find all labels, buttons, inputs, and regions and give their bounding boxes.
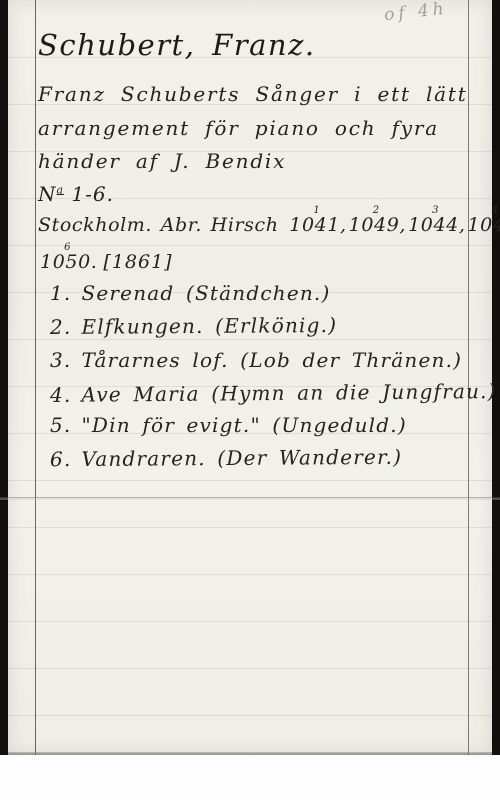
work-list-item: 5."Din för evigt." (Ungeduld.) [50, 413, 407, 437]
title-description-line-1: Franz Schuberts Sånger i ett lätt [38, 82, 468, 106]
work-number: 1. [50, 281, 71, 305]
plate-superscript: 2 [373, 205, 380, 216]
work-number: 3. [50, 348, 71, 372]
publication-year: [1861] [103, 251, 172, 273]
numbering-prefix: N [38, 182, 57, 206]
scan-bottom-whitespace [0, 755, 500, 800]
plate-number: 61050. [40, 251, 97, 273]
work-number: 6. [50, 447, 72, 471]
plate-number: 21049, [349, 214, 406, 236]
work-list-item: 2.Elfkungen. (Erlkönig.) [50, 313, 337, 339]
work-list-item: 1.Serenad (Ständchen.) [50, 281, 331, 305]
plate-superscript: 4 [492, 205, 499, 216]
composer-heading: Schubert, Franz. [38, 28, 316, 62]
plate-superscript: 3 [432, 205, 439, 216]
work-number: 2. [50, 315, 72, 339]
publication-line-continuation: 61050.[1861] [38, 251, 173, 273]
work-number: 5. [50, 413, 71, 437]
numbering-line: Na 1-6. [38, 182, 114, 206]
work-list-item: 3.Tårarnes lof. (Lob der Thränen.) [50, 348, 462, 372]
scanned-catalog-page: of 4h Schubert, Franz. Franz Schuberts S… [0, 0, 500, 800]
numbering-range: 1-6. [64, 182, 114, 206]
publication-line: Stockholm. Abr. Hirsch 11041,21049,31044… [38, 214, 500, 236]
plate-number: 31044, [408, 214, 465, 236]
card-separator-line [0, 497, 500, 500]
numbering-superscript: a [57, 183, 65, 196]
work-title: Elfkungen. (Erlkönig.) [81, 313, 337, 339]
work-list-item: 4.Ave Maria (Hymn an die Jungfrau.) [50, 379, 497, 407]
title-description-line-3: händer af J. Bendix [38, 149, 286, 173]
plate-value: 1041, [289, 214, 346, 236]
work-title: Vandraren. (Der Wanderer.) [81, 445, 402, 471]
plate-value: 1044, [408, 214, 465, 236]
title-description-line-2: arrangement för piano och fyra [38, 116, 439, 140]
plate-value: 1049, [349, 214, 406, 236]
plate-value: 1047, [467, 214, 500, 236]
plate-value: 1050. [40, 251, 97, 273]
work-title: "Din för evigt." (Ungeduld.) [81, 413, 406, 437]
plate-superscript: 1 [313, 205, 320, 216]
work-list-item: 6.Vandraren. (Der Wanderer.) [50, 445, 402, 471]
work-title: Ave Maria (Hymn an die Jungfrau.) [81, 379, 496, 407]
plate-number: 41047, [467, 214, 500, 236]
work-title: Tårarnes lof. (Lob der Thränen.) [81, 348, 462, 372]
work-number: 4. [50, 383, 72, 407]
plate-number: 11041, [289, 214, 346, 236]
scan-region: of 4h Schubert, Franz. Franz Schuberts S… [0, 0, 500, 755]
publisher-name: Stockholm. Abr. Hirsch [38, 214, 279, 236]
plate-superscript: 6 [64, 242, 71, 253]
right-margin-rule [468, 0, 469, 755]
work-title: Serenad (Ständchen.) [81, 281, 330, 305]
catalog-card-paper [8, 0, 492, 755]
left-margin-rule [35, 0, 36, 755]
